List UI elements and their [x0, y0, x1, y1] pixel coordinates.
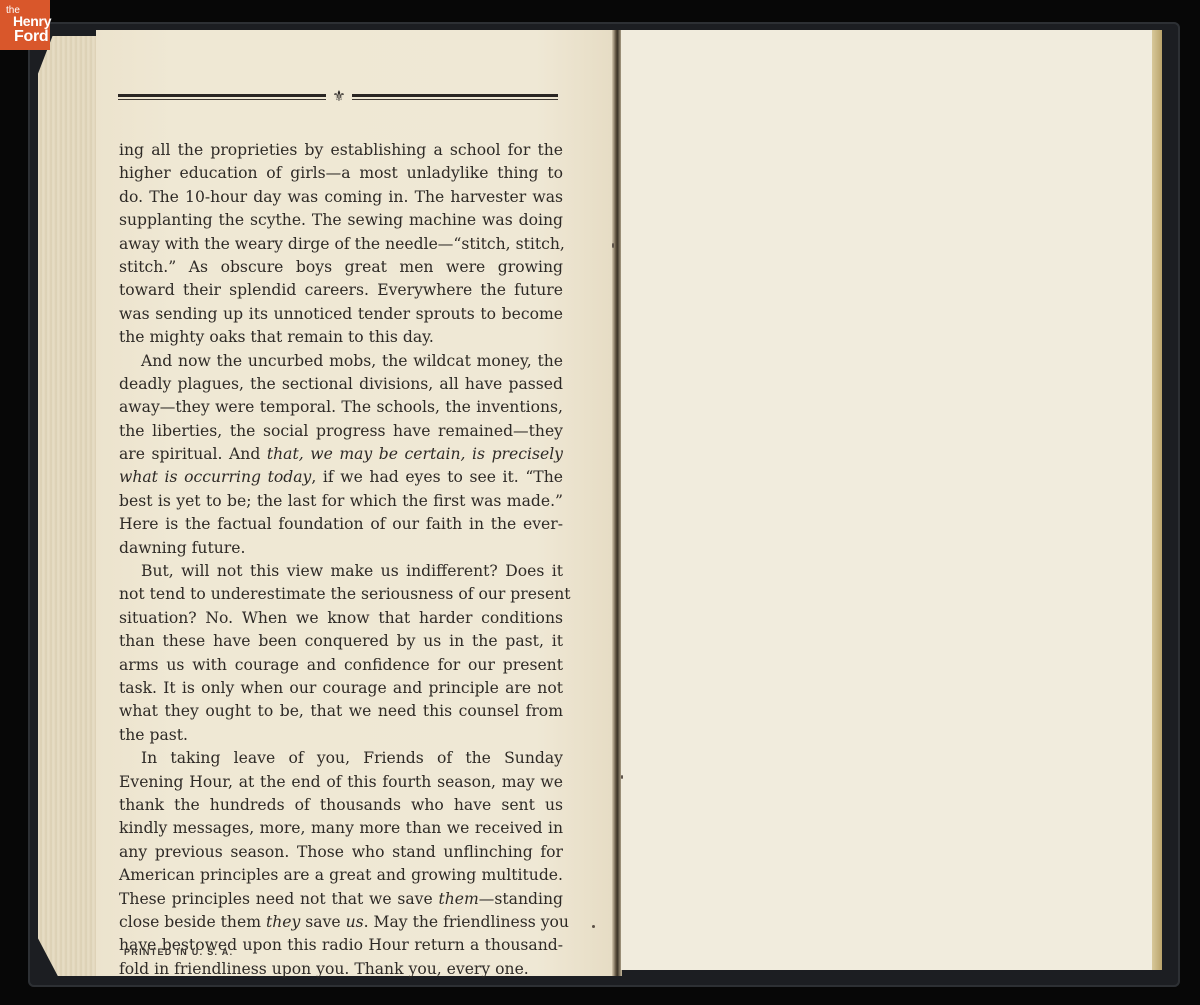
text-line: do. The 10-hour day was coming in. The h… [119, 186, 563, 209]
text-line: deadly plagues, the sectional divisions,… [119, 373, 563, 396]
text-line: not tend to underestimate the seriousnes… [119, 583, 563, 606]
text-line: the past. [119, 724, 563, 747]
text-line: away with the weary dirge of the needle—… [119, 233, 563, 256]
text-line: arms us with courage and confidence for … [119, 654, 563, 677]
text-line: the liberties, the social progress have … [119, 420, 563, 443]
text-line: any previous season. Those who stand unf… [119, 841, 563, 864]
text-line: what is occurring today, if we had eyes … [119, 466, 563, 489]
text-line: But, will not this view make us indiffer… [119, 560, 563, 583]
text-line: thank the hundreds of thousands who have… [119, 794, 563, 817]
text-line: than these have been conquered by us in … [119, 630, 563, 653]
text-line: ing all the proprieties by establishing … [119, 139, 563, 162]
text-line: are spiritual. And that, we may be certa… [119, 443, 563, 466]
text-line: was sending up its unnoticed tender spro… [119, 303, 563, 326]
logo-ford: Ford [14, 29, 48, 45]
text-line: higher education of girls—a most unladyl… [119, 162, 563, 185]
text-line: the mighty oaks that remain to this day. [119, 326, 563, 349]
text-line: situation? No. When we know that harder … [119, 607, 563, 630]
printed-in-usa-footer: PRINTED IN U. S. A. [124, 947, 233, 957]
text-line: stitch.” As obscure boys great men were … [119, 256, 563, 279]
paper-speck [592, 925, 595, 928]
page-edges [38, 36, 104, 976]
text-line: away—they were temporal. The schools, th… [119, 396, 563, 419]
text-line: In taking leave of you, Friends of the S… [119, 747, 563, 770]
text-line: American principles are a great and grow… [119, 864, 563, 887]
text-line: toward their splendid careers. Everywher… [119, 279, 563, 302]
text-line: These principles need not that we save t… [119, 888, 563, 911]
fleur-de-lis-icon: ⚜ [329, 89, 349, 104]
text-line: fold in friendliness upon you. Thank you… [119, 958, 563, 981]
right-page-edge [1152, 30, 1162, 970]
header-rule-right [352, 94, 558, 101]
text-line: Here is the factual foundation of our fa… [119, 513, 563, 536]
header-rule-left [118, 94, 326, 101]
text-line: And now the uncurbed mobs, the wildcat m… [119, 350, 563, 373]
paper-speck [612, 243, 614, 248]
right-page-blank [621, 30, 1159, 970]
text-line: close beside them they save us. May the … [119, 911, 563, 934]
text-line: dawning future. [119, 537, 563, 560]
paper-speck [621, 775, 623, 779]
text-line: Evening Hour, at the end of this fourth … [119, 771, 563, 794]
text-line: what they ought to be, that we need this… [119, 700, 563, 723]
text-line: best is yet to be; the last for which th… [119, 490, 563, 513]
body-text: ing all the proprieties by establishing … [119, 139, 563, 981]
logo-henry: Henry [13, 14, 51, 28]
text-line: task. It is only when our courage and pr… [119, 677, 563, 700]
henry-ford-logo: the Henry Ford [0, 0, 50, 50]
text-line: supplanting the scythe. The sewing machi… [119, 209, 563, 232]
text-line: kindly messages, more, many more than we… [119, 817, 563, 840]
